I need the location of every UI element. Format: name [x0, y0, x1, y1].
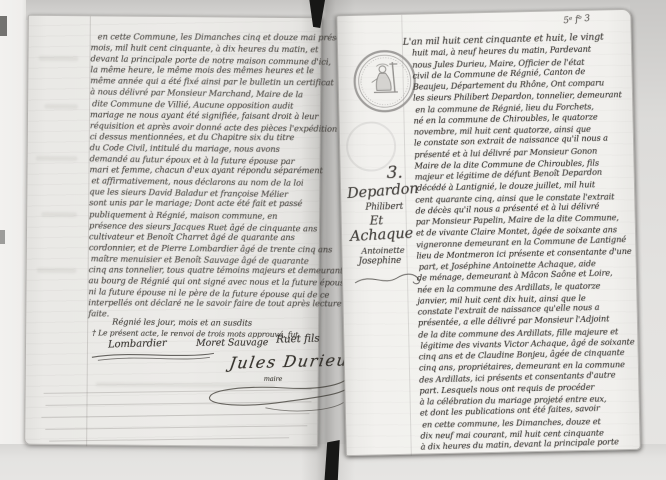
margin-flourish-icon: [353, 267, 423, 289]
bleedthrough-smudge: [36, 156, 78, 161]
bleedthrough-smudge: [37, 268, 77, 273]
manuscript-text-line: cultivateur et Benoît Charret âgé de qua…: [89, 231, 319, 243]
ruled-line: [41, 413, 309, 418]
right-page-text-block: L'an mil huit cent cinquante et huit, le…: [412, 32, 637, 453]
bleedthrough-smudge: [38, 56, 78, 61]
mayor-signature-title: maire: [264, 375, 283, 383]
margin-bride-surname: Achaque: [350, 225, 427, 245]
closing-line: Régnié les jour, mois et an susdits: [112, 316, 252, 327]
witness-signature: Moret Sauvage: [196, 337, 268, 349]
left-page-text-block: en cette Commune, les Dimanches cinq et …: [88, 31, 321, 321]
scan-edge-mark: [0, 16, 7, 36]
ruled-line: [44, 389, 312, 394]
folio-number-note: 5ᵉ fᵒ 3: [563, 14, 591, 26]
left-page: en cette Commune, les Dimanches cinq et …: [24, 15, 322, 448]
ruled-line: [49, 437, 289, 441]
mayor-signature: Jules Durieu: [228, 350, 350, 372]
ruled-line: [46, 401, 312, 406]
bleedthrough-smudge: [44, 104, 78, 109]
signature-flourish-icon: [88, 348, 218, 363]
manuscript-text-line: cinq ans tonnelier, tous quatre témoins …: [89, 264, 319, 276]
register-scan: en cette Commune, les Dimanches cinq et …: [0, 0, 666, 480]
right-page: 5ᵉ fᵒ 3 ······· ······· ·······: [336, 9, 641, 456]
manuscript-text-line: sont unis par le mariage; Dont acte été …: [89, 198, 319, 210]
official-seal-stamp-icon: ······· ······· ·······: [351, 48, 418, 115]
svg-text:·······: ·······: [358, 77, 363, 85]
ruled-line: [45, 425, 307, 430]
manuscript-text-line: interpellés ont déclaré ne le savoir fai…: [88, 298, 318, 310]
bleedthrough-smudge: [41, 212, 77, 217]
manuscript-text-line: en cette Commune, les Dimanches cinq et …: [91, 31, 321, 43]
bleedthrough-smudge: [96, 382, 276, 388]
manuscript-text-line: dite Commune de Villié, Aucune oppositio…: [92, 98, 322, 112]
manuscript-text-line: la même heure, le même mois des mêmes he…: [90, 65, 320, 77]
manuscript-text-line: mari et femme, chacun d'eux ayant répond…: [90, 164, 320, 176]
manuscript-text-line: ci dessus mentionnées, et du Chapitre si…: [90, 131, 320, 143]
margin-groom-surname: Depardon: [347, 180, 426, 202]
scan-edge-mark: [0, 230, 5, 244]
witness-signature: Lombardier: [108, 338, 167, 351]
witness-signature: Ruet fils: [276, 333, 320, 346]
